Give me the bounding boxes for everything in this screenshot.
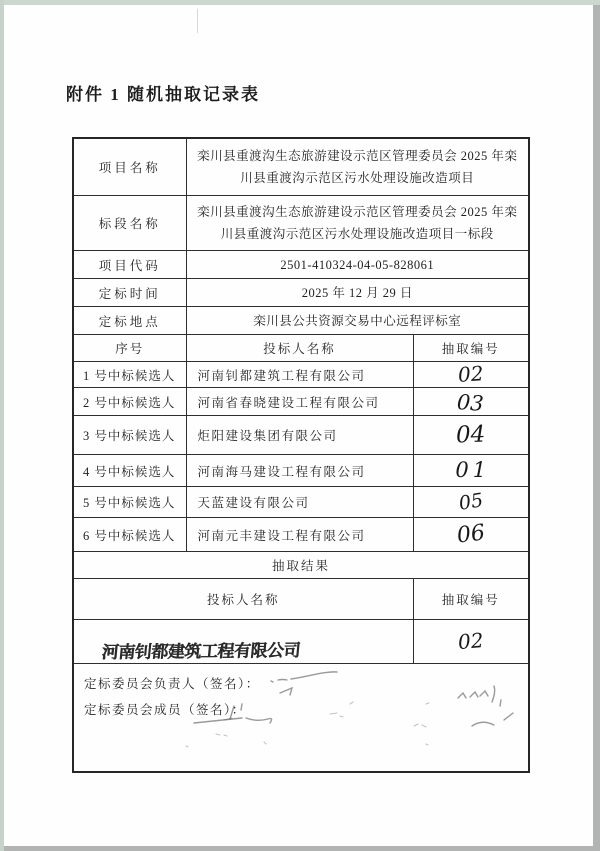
handwritten-number: 04 bbox=[456, 423, 486, 447]
candidate-bidder: 河南元丰建设工程有限公司 bbox=[186, 518, 413, 552]
candidate-bidder: 河南海马建设工程有限公司 bbox=[186, 455, 413, 487]
candidates-header-row: 序号 投标人名称 抽取编号 bbox=[73, 335, 529, 362]
result-col-header-number: 抽取编号 bbox=[413, 579, 529, 620]
page-title: 附件 1 随机抽取记录表 bbox=[66, 80, 260, 105]
candidate-row-3: 3 号中标候选人 炬阳建设集团有限公司 04 bbox=[73, 416, 529, 455]
info-value: 2025 年 12 月 29 日 bbox=[186, 279, 529, 307]
candidate-row-2: 2 号中标候选人 河南省春晓建设工程有限公司 03 bbox=[73, 388, 529, 416]
info-label: 定标时间 bbox=[73, 279, 186, 307]
scanner-background: 附件 1 随机抽取记录表 项目名称 栾川县重渡沟生态旅游建设示范区管理委员会 2… bbox=[0, 0, 600, 851]
result-section-title: 抽取结果 bbox=[73, 552, 529, 579]
candidate-no: 2 号中标候选人 bbox=[73, 388, 186, 416]
candidate-no: 3 号中标候选人 bbox=[73, 416, 186, 455]
scan-artifact-line bbox=[197, 9, 198, 33]
info-value: 2501-410324-04-05-828061 bbox=[186, 251, 529, 279]
info-label: 定标地点 bbox=[73, 307, 186, 335]
candidate-bidder: 炬阳建设集团有限公司 bbox=[186, 416, 413, 455]
candidate-number-cell: 01 bbox=[413, 455, 529, 487]
info-row-award-place: 定标地点 栾川县公共资源交易中心远程评标室 bbox=[73, 307, 529, 335]
signature-row: 定标委员会负责人（签名）： 定标委员会成员（签名）： bbox=[73, 664, 529, 773]
info-value: 栾川县重渡沟生态旅游建设示范区管理委员会 2025 年栾川县重渡沟示范区污水处理… bbox=[186, 138, 529, 196]
handwritten-number: 05 bbox=[457, 491, 484, 514]
result-bidder-cell: 河南钊都建筑工程有限公司 bbox=[73, 620, 413, 664]
candidate-number-cell: 06 bbox=[413, 518, 529, 552]
handwritten-number: 02 bbox=[457, 630, 484, 652]
leader-signature-label: 定标委员会负责人（签名）： bbox=[84, 671, 528, 697]
handwritten-bidder-name: 河南钊都建筑工程有限公司 bbox=[101, 636, 302, 663]
result-number-cell: 02 bbox=[413, 620, 529, 664]
handwritten-number: 06 bbox=[456, 522, 486, 547]
col-header-number: 抽取编号 bbox=[413, 335, 529, 362]
info-row-section-name: 标段名称 栾川县重渡沟生态旅游建设示范区管理委员会 2025 年栾川县重渡沟示范… bbox=[73, 196, 529, 251]
result-header-row: 投标人名称 抽取编号 bbox=[73, 579, 529, 620]
signature-cell: 定标委员会负责人（签名）： 定标委员会成员（签名）： bbox=[73, 664, 529, 773]
candidate-no: 6 号中标候选人 bbox=[73, 518, 186, 552]
result-col-header-bidder: 投标人名称 bbox=[73, 579, 413, 620]
candidate-no: 1 号中标候选人 bbox=[73, 362, 186, 388]
info-row-award-time: 定标时间 2025 年 12 月 29 日 bbox=[73, 279, 529, 307]
candidate-number-cell: 02 bbox=[413, 362, 529, 388]
candidate-bidder: 天蓝建设有限公司 bbox=[186, 487, 413, 518]
col-header-no: 序号 bbox=[73, 335, 186, 362]
col-header-bidder: 投标人名称 bbox=[186, 335, 413, 362]
document-page: 附件 1 随机抽取记录表 项目名称 栾川县重渡沟生态旅游建设示范区管理委员会 2… bbox=[3, 4, 593, 846]
candidate-number-cell: 05 bbox=[413, 487, 529, 518]
info-value: 栾川县重渡沟生态旅游建设示范区管理委员会 2025 年栾川县重渡沟示范区污水处理… bbox=[186, 196, 529, 251]
info-label: 标段名称 bbox=[73, 196, 186, 251]
record-table: 项目名称 栾川县重渡沟生态旅游建设示范区管理委员会 2025 年栾川县重渡沟示范… bbox=[72, 137, 530, 773]
candidate-row-1: 1 号中标候选人 河南钊都建筑工程有限公司 02 bbox=[73, 362, 529, 388]
candidate-number-cell: 03 bbox=[413, 388, 529, 416]
info-row-project-name: 项目名称 栾川县重渡沟生态旅游建设示范区管理委员会 2025 年栾川县重渡沟示范… bbox=[73, 138, 529, 196]
result-section-row: 抽取结果 bbox=[73, 552, 529, 579]
handwritten-number: 03 bbox=[457, 392, 485, 415]
candidate-row-6: 6 号中标候选人 河南元丰建设工程有限公司 06 bbox=[73, 518, 529, 552]
result-row: 河南钊都建筑工程有限公司 02 bbox=[73, 620, 529, 664]
candidate-row-5: 5 号中标候选人 天蓝建设有限公司 05 bbox=[73, 487, 529, 518]
candidate-no: 5 号中标候选人 bbox=[73, 487, 186, 518]
info-label: 项目代码 bbox=[73, 251, 186, 279]
handwritten-number: 01 bbox=[455, 460, 490, 481]
info-value: 栾川县公共资源交易中心远程评标室 bbox=[186, 307, 529, 335]
candidate-number-cell: 04 bbox=[413, 416, 529, 455]
candidate-bidder: 河南钊都建筑工程有限公司 bbox=[186, 362, 413, 388]
info-label: 项目名称 bbox=[73, 138, 186, 196]
candidate-no: 4 号中标候选人 bbox=[73, 455, 186, 487]
candidate-row-4: 4 号中标候选人 河南海马建设工程有限公司 01 bbox=[73, 455, 529, 487]
members-signature-label: 定标委员会成员（签名）： bbox=[84, 697, 528, 723]
candidate-bidder: 河南省春晓建设工程有限公司 bbox=[186, 388, 413, 416]
info-row-project-code: 项目代码 2501-410324-04-05-828061 bbox=[73, 251, 529, 279]
handwritten-number: 02 bbox=[457, 363, 484, 385]
